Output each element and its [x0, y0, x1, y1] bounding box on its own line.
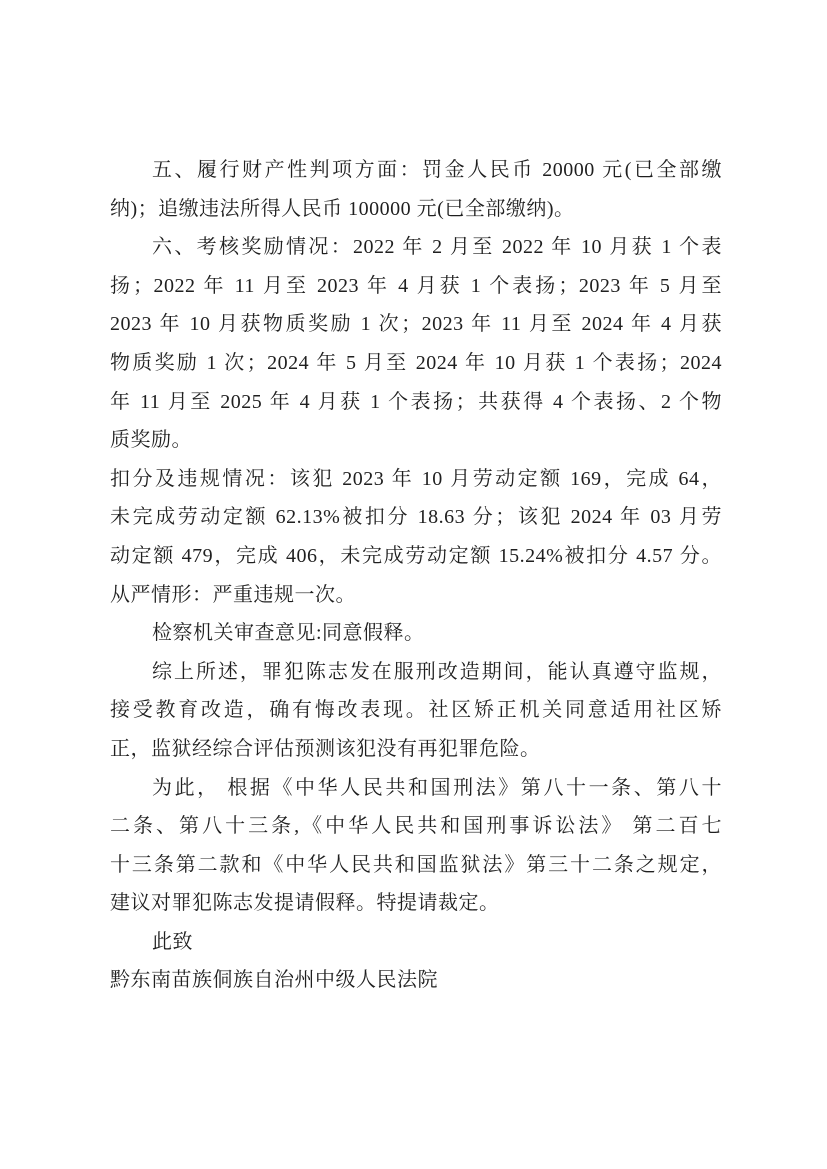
text-line: 年 11 月至 2025 年 4 月获 1 个表扬；共获得 4 个表扬、2 个物: [110, 383, 722, 422]
text-line: 接受教育改造，确有悔改表现。社区矫正机关同意适用社区矫: [110, 691, 722, 730]
text-line: 动定额 479，完成 406，未完成劳动定额 15.24%被扣分 4.57 分。: [110, 537, 722, 576]
text-line: 十三条第二款和《中华人民共和国监狱法》第三十二条之规定，: [110, 846, 722, 885]
text-line: 质奖励。: [110, 421, 722, 460]
text-line: 六、考核奖励情况：2022 年 2 月至 2022 年 10 月获 1 个表: [110, 228, 722, 267]
document-page: 五、履行财产性判项方面：罚金人民币 20000 元(已全部缴纳)；追缴违法所得人…: [0, 0, 827, 1169]
document-body: 五、履行财产性判项方面：罚金人民币 20000 元(已全部缴纳)；追缴违法所得人…: [110, 151, 722, 1000]
text-line: 扬；2022 年 11 月至 2023 年 4 月获 1 个表扬；2023 年 …: [110, 267, 722, 306]
text-line: 正，监狱经综合评估预测该犯没有再犯罪危险。: [110, 730, 722, 769]
text-line: 扣分及违规情况：该犯 2023 年 10 月劳动定额 169，完成 64，: [110, 460, 722, 499]
text-line: 综上所述，罪犯陈志发在服刑改造期间，能认真遵守监规，: [110, 653, 722, 692]
text-line: 从严情形：严重违规一次。: [110, 576, 722, 615]
text-line: 为此， 根据《中华人民共和国刑法》第八十一条、第八十: [110, 769, 722, 808]
text-line: 黔东南苗族侗族自治州中级人民法院: [110, 961, 722, 1000]
text-line: 五、履行财产性判项方面：罚金人民币 20000 元(已全部缴: [110, 151, 722, 190]
text-line: 此致: [110, 923, 722, 962]
text-line: 2023 年 10 月获物质奖励 1 次；2023 年 11 月至 2024 年…: [110, 305, 722, 344]
text-line: 二条、第八十三条,《中华人民共和国刑事诉讼法》 第二百七: [110, 807, 722, 846]
text-line: 物质奖励 1 次；2024 年 5 月至 2024 年 10 月获 1 个表扬；…: [110, 344, 722, 383]
text-line: 纳)；追缴违法所得人民币 100000 元(已全部缴纳)。: [110, 190, 722, 229]
text-line: 建议对罪犯陈志发提请假释。特提请裁定。: [110, 884, 722, 923]
text-line: 检察机关审查意见:同意假释。: [110, 614, 722, 653]
text-line: 未完成劳动定额 62.13%被扣分 18.63 分；该犯 2024 年 03 月…: [110, 498, 722, 537]
